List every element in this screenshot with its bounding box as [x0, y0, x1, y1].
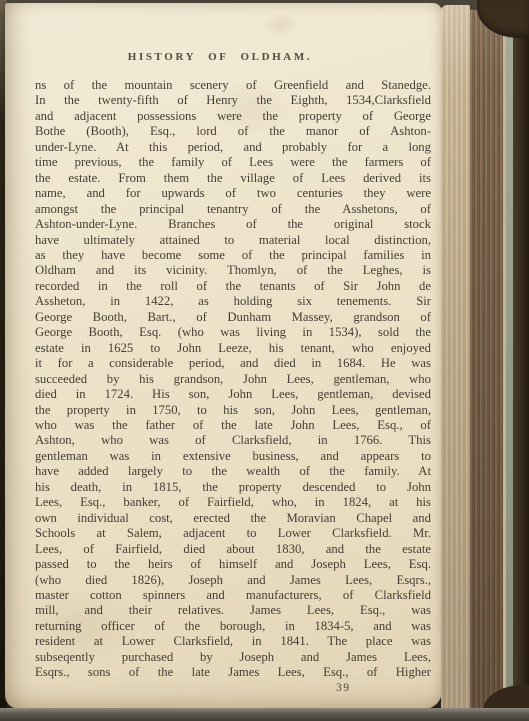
text-line: George Booth, Bart., of Dunham Massey, g…: [35, 310, 431, 325]
text-line: returning officer of the borough, in 183…: [35, 619, 431, 634]
text-line: Lees, of Fairfield, died about 1830, and…: [35, 542, 431, 557]
text-line: died in 1724. His son, John Lees, gentle…: [35, 387, 431, 402]
running-header: HISTORY OF OLDHAM.: [35, 51, 405, 63]
text-line: In the twenty-fifth of Henry the Eighth,…: [35, 93, 431, 108]
text-line: the property in 1750, to his son, John L…: [35, 403, 431, 418]
text-line: his death, in 1815, the property descend…: [35, 480, 431, 495]
text-line: name, and for upwards of two centuries t…: [35, 186, 431, 201]
table-surface: [0, 708, 529, 721]
text-line: Bothe (Booth), Esq., lord of the manor o…: [35, 124, 431, 139]
text-line: (who died 1826), Joseph and James Lees, …: [35, 573, 431, 588]
text-line: time previous, the family of Lees were t…: [35, 155, 431, 170]
book-photo: HISTORY OF OLDHAM. ns of the mountain sc…: [0, 0, 529, 721]
text-line: resident at Lower Clarksfield, in 1841. …: [35, 634, 431, 649]
text-line: recorded in the roll of the tenants of S…: [35, 279, 431, 294]
text-line: Ashton, who was of Clarksfield, in 1766.…: [35, 433, 431, 448]
text-line: Assheton, in 1422, as holding six teneme…: [35, 294, 431, 309]
text-line: succeeded by his grandson, John Lees, ge…: [35, 372, 431, 387]
text-block: ns of the mountain scenery of Greenfield…: [35, 78, 431, 681]
text-line: George Booth, Esq. (who was living in 15…: [35, 325, 431, 340]
text-line: under-Lyne. At this period, and probably…: [35, 140, 431, 155]
page-number: 39: [35, 682, 431, 694]
book-page: HISTORY OF OLDHAM. ns of the mountain sc…: [5, 3, 442, 709]
text-line: the estate. From them the village of Lee…: [35, 171, 431, 186]
text-line: gentleman was in extensive business, and…: [35, 449, 431, 464]
text-line: Oldham and its vicinity. Thomlyn, of the…: [35, 263, 431, 278]
text-line: own individual cost, erected the Moravia…: [35, 511, 431, 526]
book-cover-edge: [513, 0, 529, 721]
text-line: mill, and their relatives. James Lees, E…: [35, 603, 431, 618]
text-line: Lees, Esq., banker, of Fairfield, who, i…: [35, 495, 431, 510]
text-line: ns of the mountain scenery of Greenfield…: [35, 78, 431, 93]
text-line: subseqently purchased by Joseph and Jame…: [35, 650, 431, 665]
text-line: have ultimately attained to material loc…: [35, 233, 431, 248]
text-line: have added largely to the wealth of the …: [35, 464, 431, 479]
fore-edge-pages-light: [441, 5, 470, 711]
text-line: as they have become some of the principa…: [35, 248, 431, 263]
text-line: it for a considerable period, and died i…: [35, 356, 431, 371]
text-line: who was the father of the late John Lees…: [35, 418, 431, 433]
text-line: amongst the principal tenantry of the As…: [35, 202, 431, 217]
text-line: Schools at Salem, adjacent to Lower Clar…: [35, 526, 431, 541]
text-line: and adjacent possessions were the proper…: [35, 109, 431, 124]
text-line: master cotton spinners and manufacturers…: [35, 588, 431, 603]
fore-edge-pages-dark: [470, 10, 503, 710]
text-line: estate in 1625 to John Leeze, his tenant…: [35, 341, 431, 356]
text-line: Ashton-under-Lyne. Branches of the origi…: [35, 217, 431, 232]
text-line: passed to the heirs of himself and Josep…: [35, 557, 431, 572]
text-line: Esqrs., sons of the late James Lees, Esq…: [35, 665, 431, 680]
